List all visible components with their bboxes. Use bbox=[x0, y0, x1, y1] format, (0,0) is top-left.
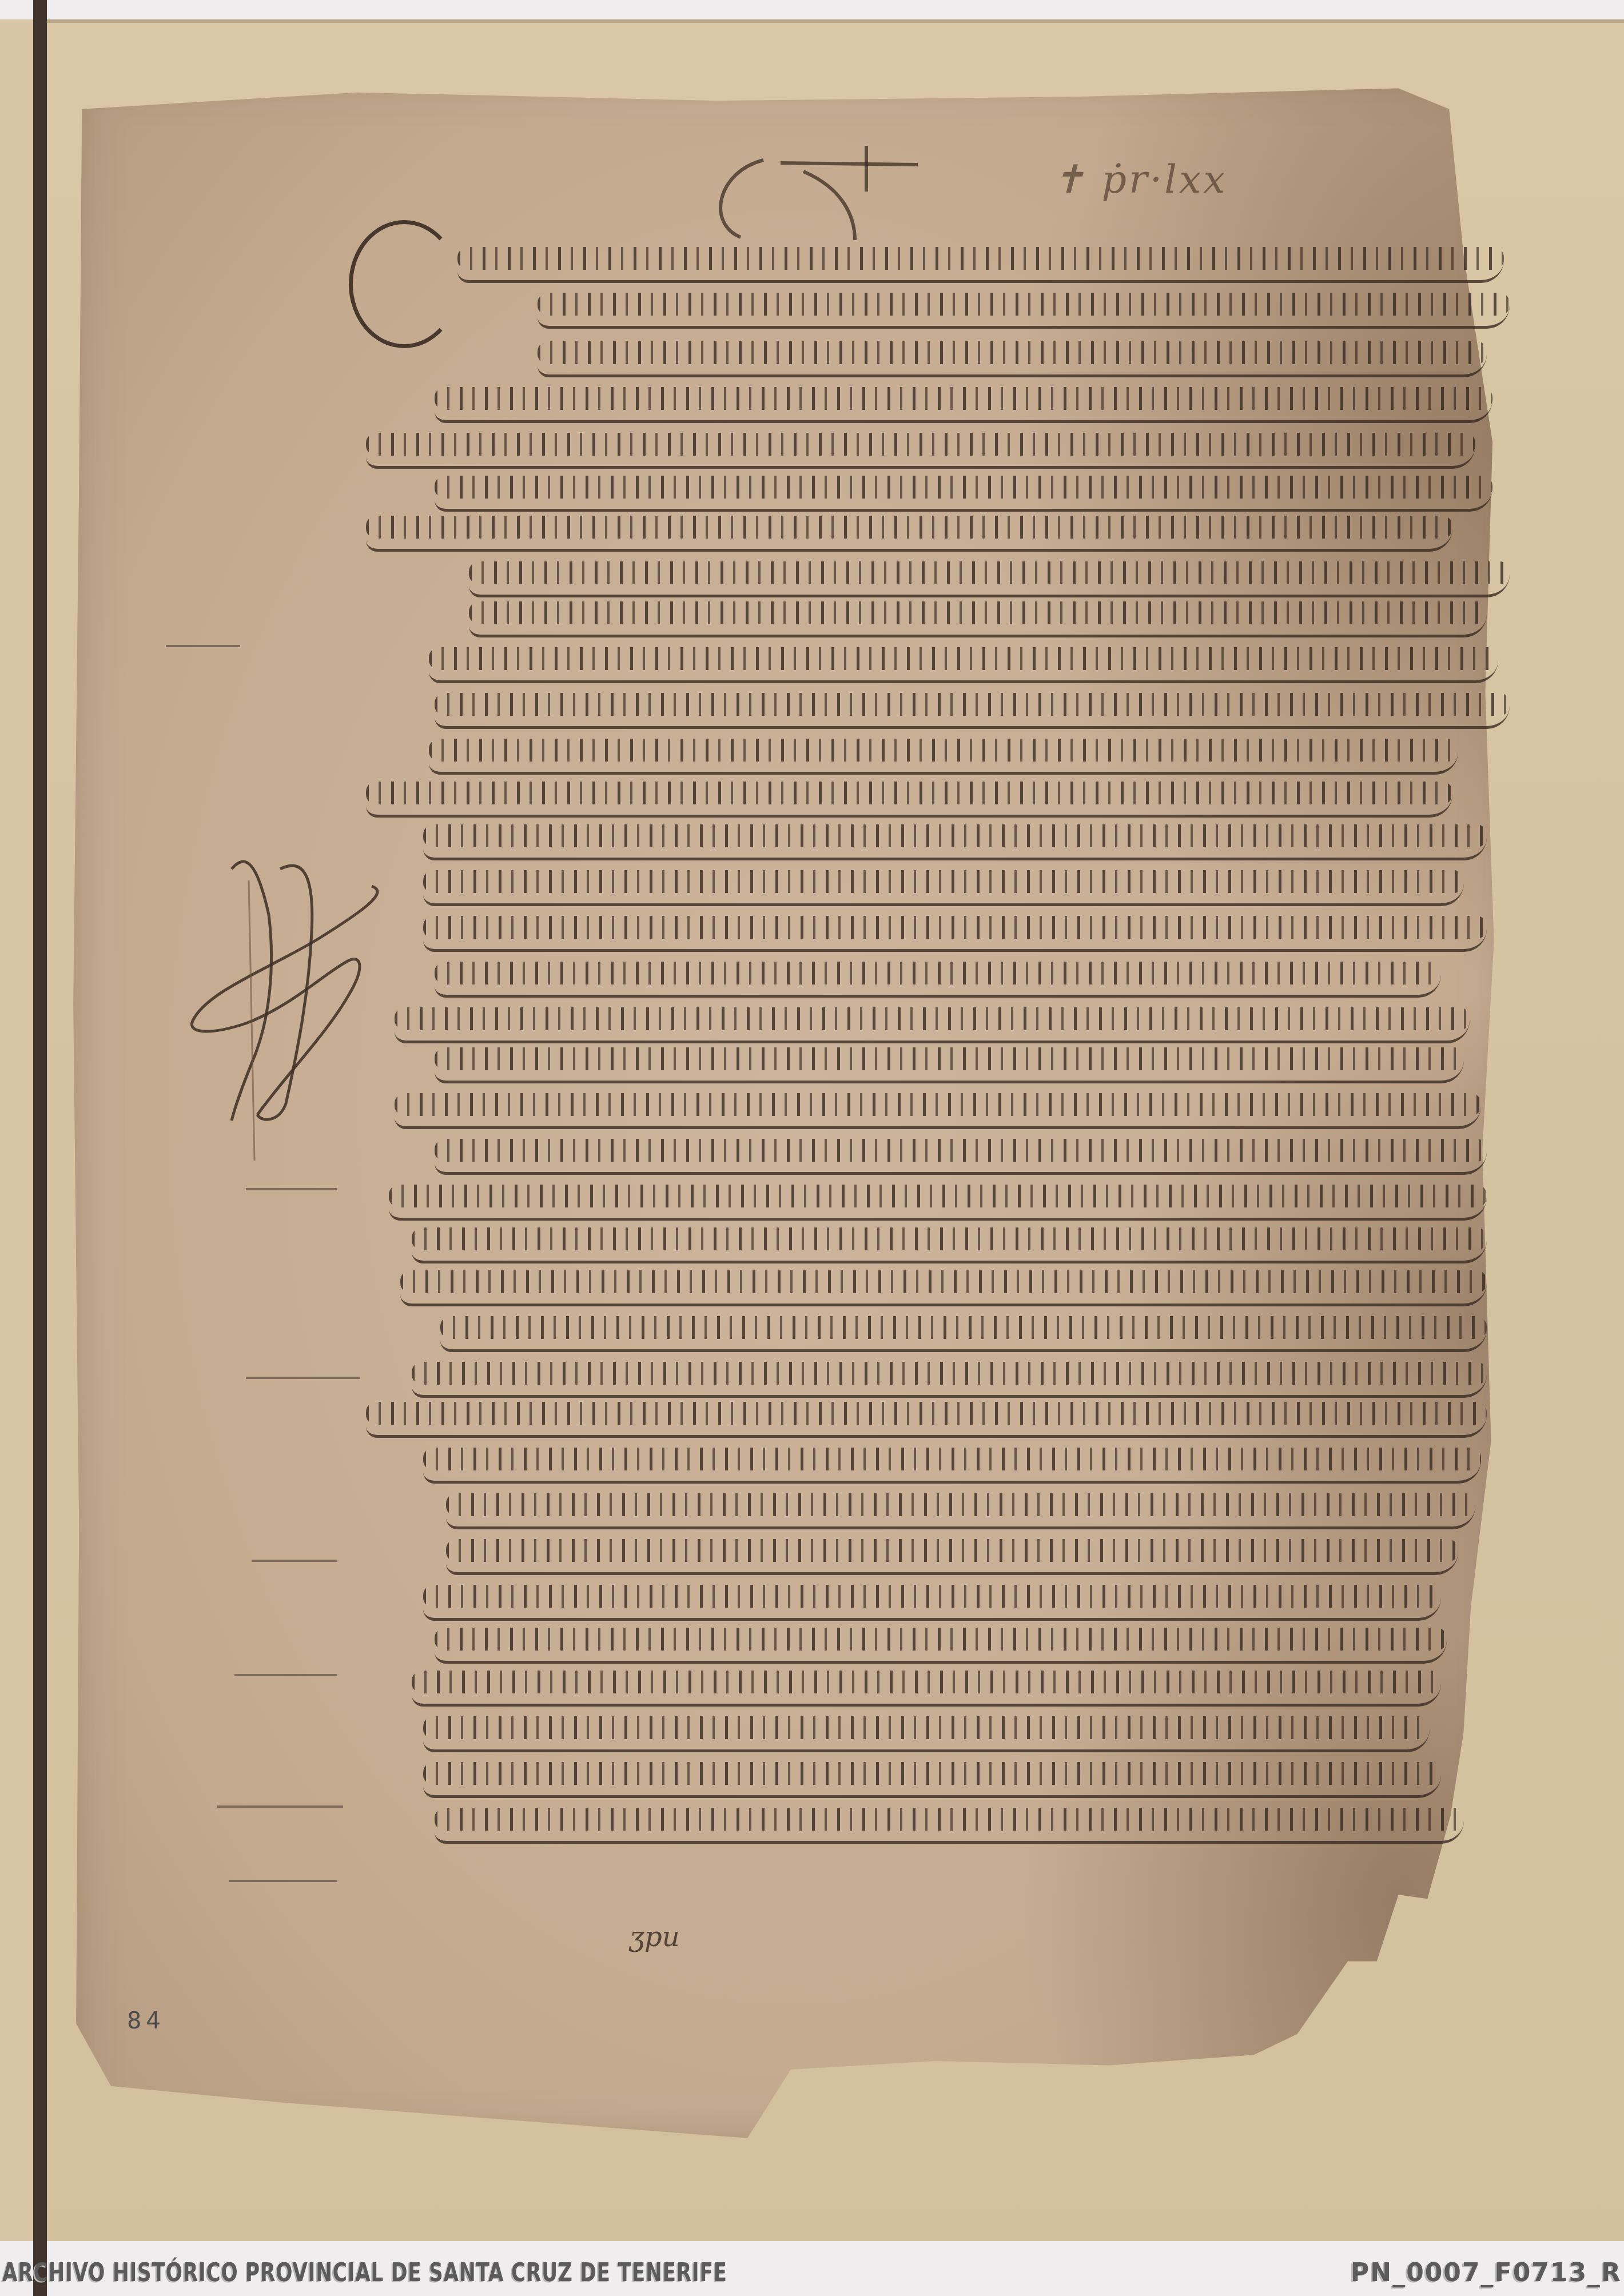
script-line bbox=[469, 595, 1487, 637]
previous-leaf-edge bbox=[0, 19, 33, 2241]
script-line bbox=[423, 1441, 1481, 1484]
script-line bbox=[412, 1355, 1487, 1398]
script-line bbox=[366, 426, 1475, 469]
margin-notation bbox=[217, 1789, 343, 1808]
header-annotation: ✝ ṗr·lxx bbox=[1052, 157, 1228, 202]
script-line bbox=[446, 1532, 1458, 1575]
closing-word: ʒpu bbox=[629, 1921, 680, 1953]
script-line bbox=[435, 469, 1492, 512]
script-line bbox=[435, 1621, 1447, 1664]
script-line bbox=[429, 732, 1458, 775]
script-line bbox=[440, 1309, 1487, 1352]
margin-notation bbox=[246, 1172, 337, 1190]
script-line bbox=[435, 1041, 1464, 1083]
board-top-edge bbox=[47, 19, 1624, 23]
script-line bbox=[412, 1221, 1487, 1263]
notarial-rubric-icon bbox=[177, 846, 406, 1166]
script-line bbox=[389, 1178, 1487, 1221]
script-line bbox=[435, 1132, 1487, 1175]
script-line bbox=[395, 1000, 1470, 1043]
script-line bbox=[423, 909, 1487, 952]
script-line bbox=[395, 1086, 1481, 1129]
margin-notation bbox=[246, 1361, 360, 1379]
script-line bbox=[446, 1486, 1475, 1529]
margin-notation bbox=[166, 629, 240, 647]
script-line bbox=[423, 1709, 1430, 1752]
script-line bbox=[366, 1395, 1487, 1438]
script-line bbox=[423, 818, 1487, 860]
archive-name: ARCHIVO HISTÓRICO PROVINCIAL DE SANTA CR… bbox=[2, 2258, 727, 2287]
script-line bbox=[435, 1801, 1464, 1844]
script-line bbox=[538, 286, 1510, 329]
script-line bbox=[423, 1578, 1441, 1621]
margin-notation bbox=[229, 1864, 337, 1882]
script-line bbox=[538, 334, 1487, 377]
manuscript-body bbox=[320, 217, 1521, 1910]
script-line bbox=[412, 1664, 1441, 1707]
script-line bbox=[429, 640, 1498, 683]
folio-number: 84 bbox=[127, 2008, 165, 2034]
script-line bbox=[435, 955, 1441, 998]
script-line bbox=[366, 775, 1452, 818]
manuscript-scan: ✝ ṗr·lxx bbox=[0, 0, 1624, 2296]
script-line bbox=[435, 686, 1510, 729]
script-line bbox=[423, 1755, 1441, 1798]
script-line bbox=[400, 1263, 1487, 1306]
margin-notation bbox=[252, 1544, 337, 1562]
script-line bbox=[435, 380, 1492, 423]
script-line bbox=[469, 555, 1510, 597]
script-line bbox=[366, 509, 1452, 552]
image-code: PN_0007_F0713_R bbox=[1351, 2258, 1622, 2287]
binding-strip bbox=[33, 0, 47, 2296]
script-line bbox=[423, 863, 1464, 906]
margin-notation bbox=[234, 1658, 337, 1676]
archive-footer: ARCHIVO HISTÓRICO PROVINCIAL DE SANTA CR… bbox=[0, 2258, 1624, 2296]
script-line bbox=[457, 240, 1504, 283]
